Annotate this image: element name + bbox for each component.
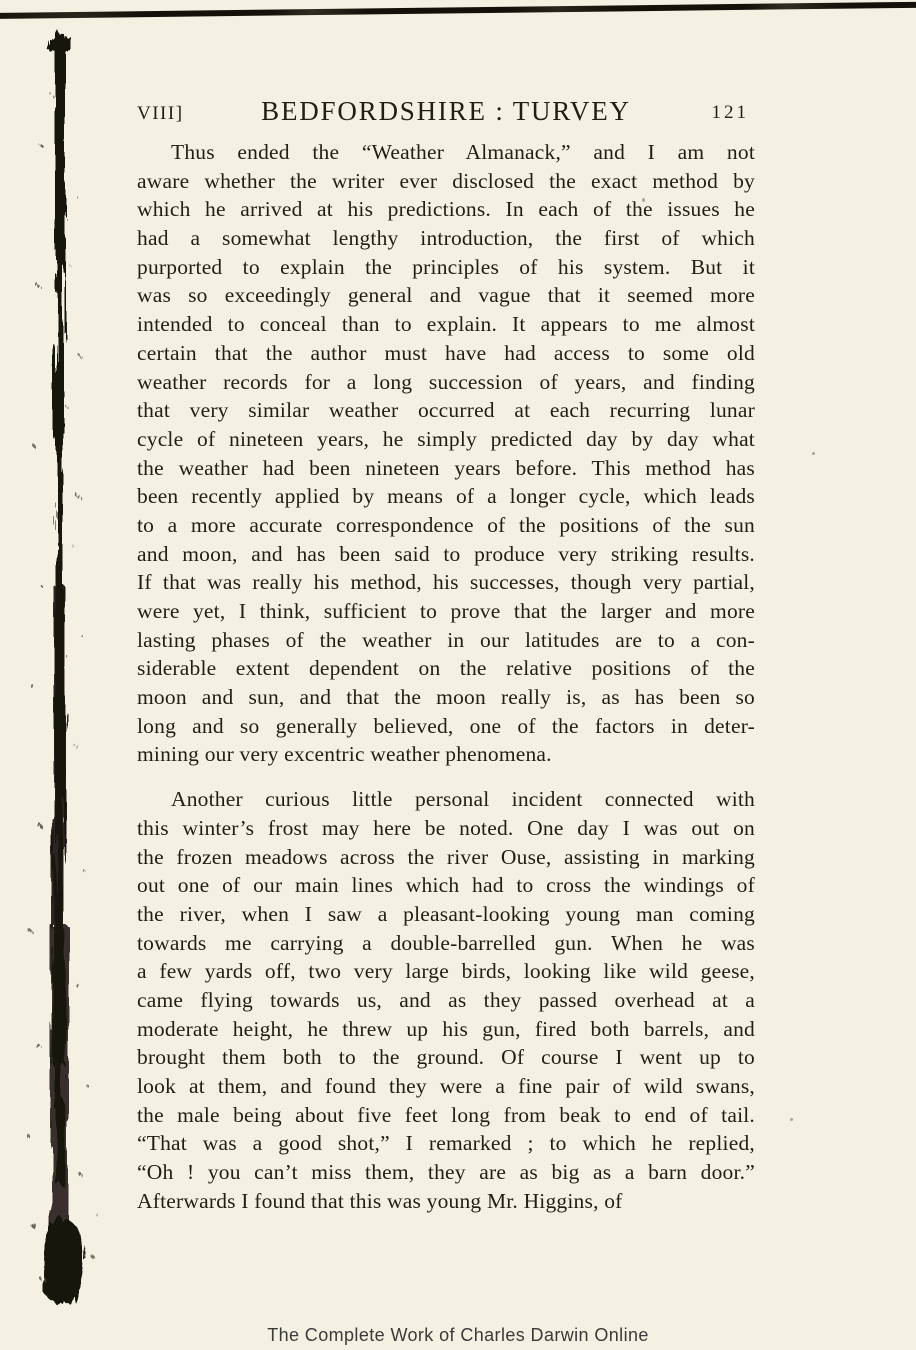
text-line: “Oh ! you can’t miss them, they are as b…: [137, 1158, 755, 1187]
scanned-book-page: VIII] BEDFORDSHIRE : TURVEY 121 Thus end…: [0, 0, 916, 1350]
text-line: to a more accurate correspondence of the…: [137, 511, 755, 540]
text-line: the river, when I saw a pleasant-looking…: [137, 900, 755, 929]
text-line: brought them both to the ground. Of cour…: [137, 1043, 755, 1072]
text-line: the male being about five feet long from…: [137, 1101, 755, 1130]
text-line: towards me carrying a double-barrelled g…: [137, 929, 755, 958]
text-line: lasting phases of the weather in our lat…: [137, 626, 755, 655]
text-line: intended to conceal than to explain. It …: [137, 310, 755, 339]
scan-top-rule: [0, 2, 916, 19]
text-line: this winter’s frost may here be noted. O…: [137, 814, 755, 843]
text-line: moon and sun, and that the moon really i…: [137, 683, 755, 712]
text-line: look at them, and found they were a fine…: [137, 1072, 755, 1101]
paragraph: Thus ended the “Weather Almanack,” and I…: [137, 138, 755, 769]
body-text: Thus ended the “Weather Almanack,” and I…: [137, 138, 755, 1231]
text-line: moderate height, he threw up his gun, fi…: [137, 1015, 755, 1044]
text-line: was so exceedingly general and vague tha…: [137, 281, 755, 310]
page-number: 121: [712, 102, 750, 124]
text-line: had a somewhat lengthy introduction, the…: [137, 224, 755, 253]
text-line: the frozen meadows across the river Ouse…: [137, 843, 755, 872]
scan-dust-speck: [790, 1118, 793, 1121]
text-line: purported to explain the principles of h…: [137, 253, 755, 282]
text-line: been recently applied by means of a long…: [137, 482, 755, 511]
binding-streak: [18, 26, 138, 1316]
scan-dust-speck: [812, 452, 815, 455]
text-line: Thus ended the “Weather Almanack,” and I…: [137, 138, 755, 167]
text-line: aware whether the writer ever disclosed …: [137, 167, 755, 196]
text-line: came flying towards us, and as they pass…: [137, 986, 755, 1015]
text-line: out one of our main lines which had to c…: [137, 871, 755, 900]
text-line: siderable extent dependent on the relati…: [137, 654, 755, 683]
text-line: that very similar weather occurred at ea…: [137, 396, 755, 425]
text-line: which he arrived at his predictions. In …: [137, 195, 755, 224]
text-line: long and so generally believed, one of t…: [137, 712, 755, 741]
text-line: mining our very excentric weather phenom…: [137, 740, 755, 769]
text-line: If that was really his method, his succe…: [137, 568, 755, 597]
text-line: Afterwards I found that this was young M…: [137, 1187, 755, 1216]
text-line: and moon, and has been said to produce v…: [137, 540, 755, 569]
text-line: certain that the author must have had ac…: [137, 339, 755, 368]
running-title: BEDFORDSHIRE : TURVEY: [137, 96, 755, 127]
text-line: a few yards off, two very large birds, l…: [137, 957, 755, 986]
paragraph: Another curious little personal incident…: [137, 785, 755, 1215]
text-line: “That was a good shot,” I remarked ; to …: [137, 1129, 755, 1158]
page-header: VIII] BEDFORDSHIRE : TURVEY 121: [137, 96, 755, 128]
text-line: cycle of nineteen years, he simply predi…: [137, 425, 755, 454]
text-line: weather records for a long succession of…: [137, 368, 755, 397]
text-line: the weather had been nineteen years befo…: [137, 454, 755, 483]
text-line: were yet, I think, sufficient to prove t…: [137, 597, 755, 626]
footer-caption: The Complete Work of Charles Darwin Onli…: [0, 1325, 916, 1346]
text-line: Another curious little personal incident…: [137, 785, 755, 814]
